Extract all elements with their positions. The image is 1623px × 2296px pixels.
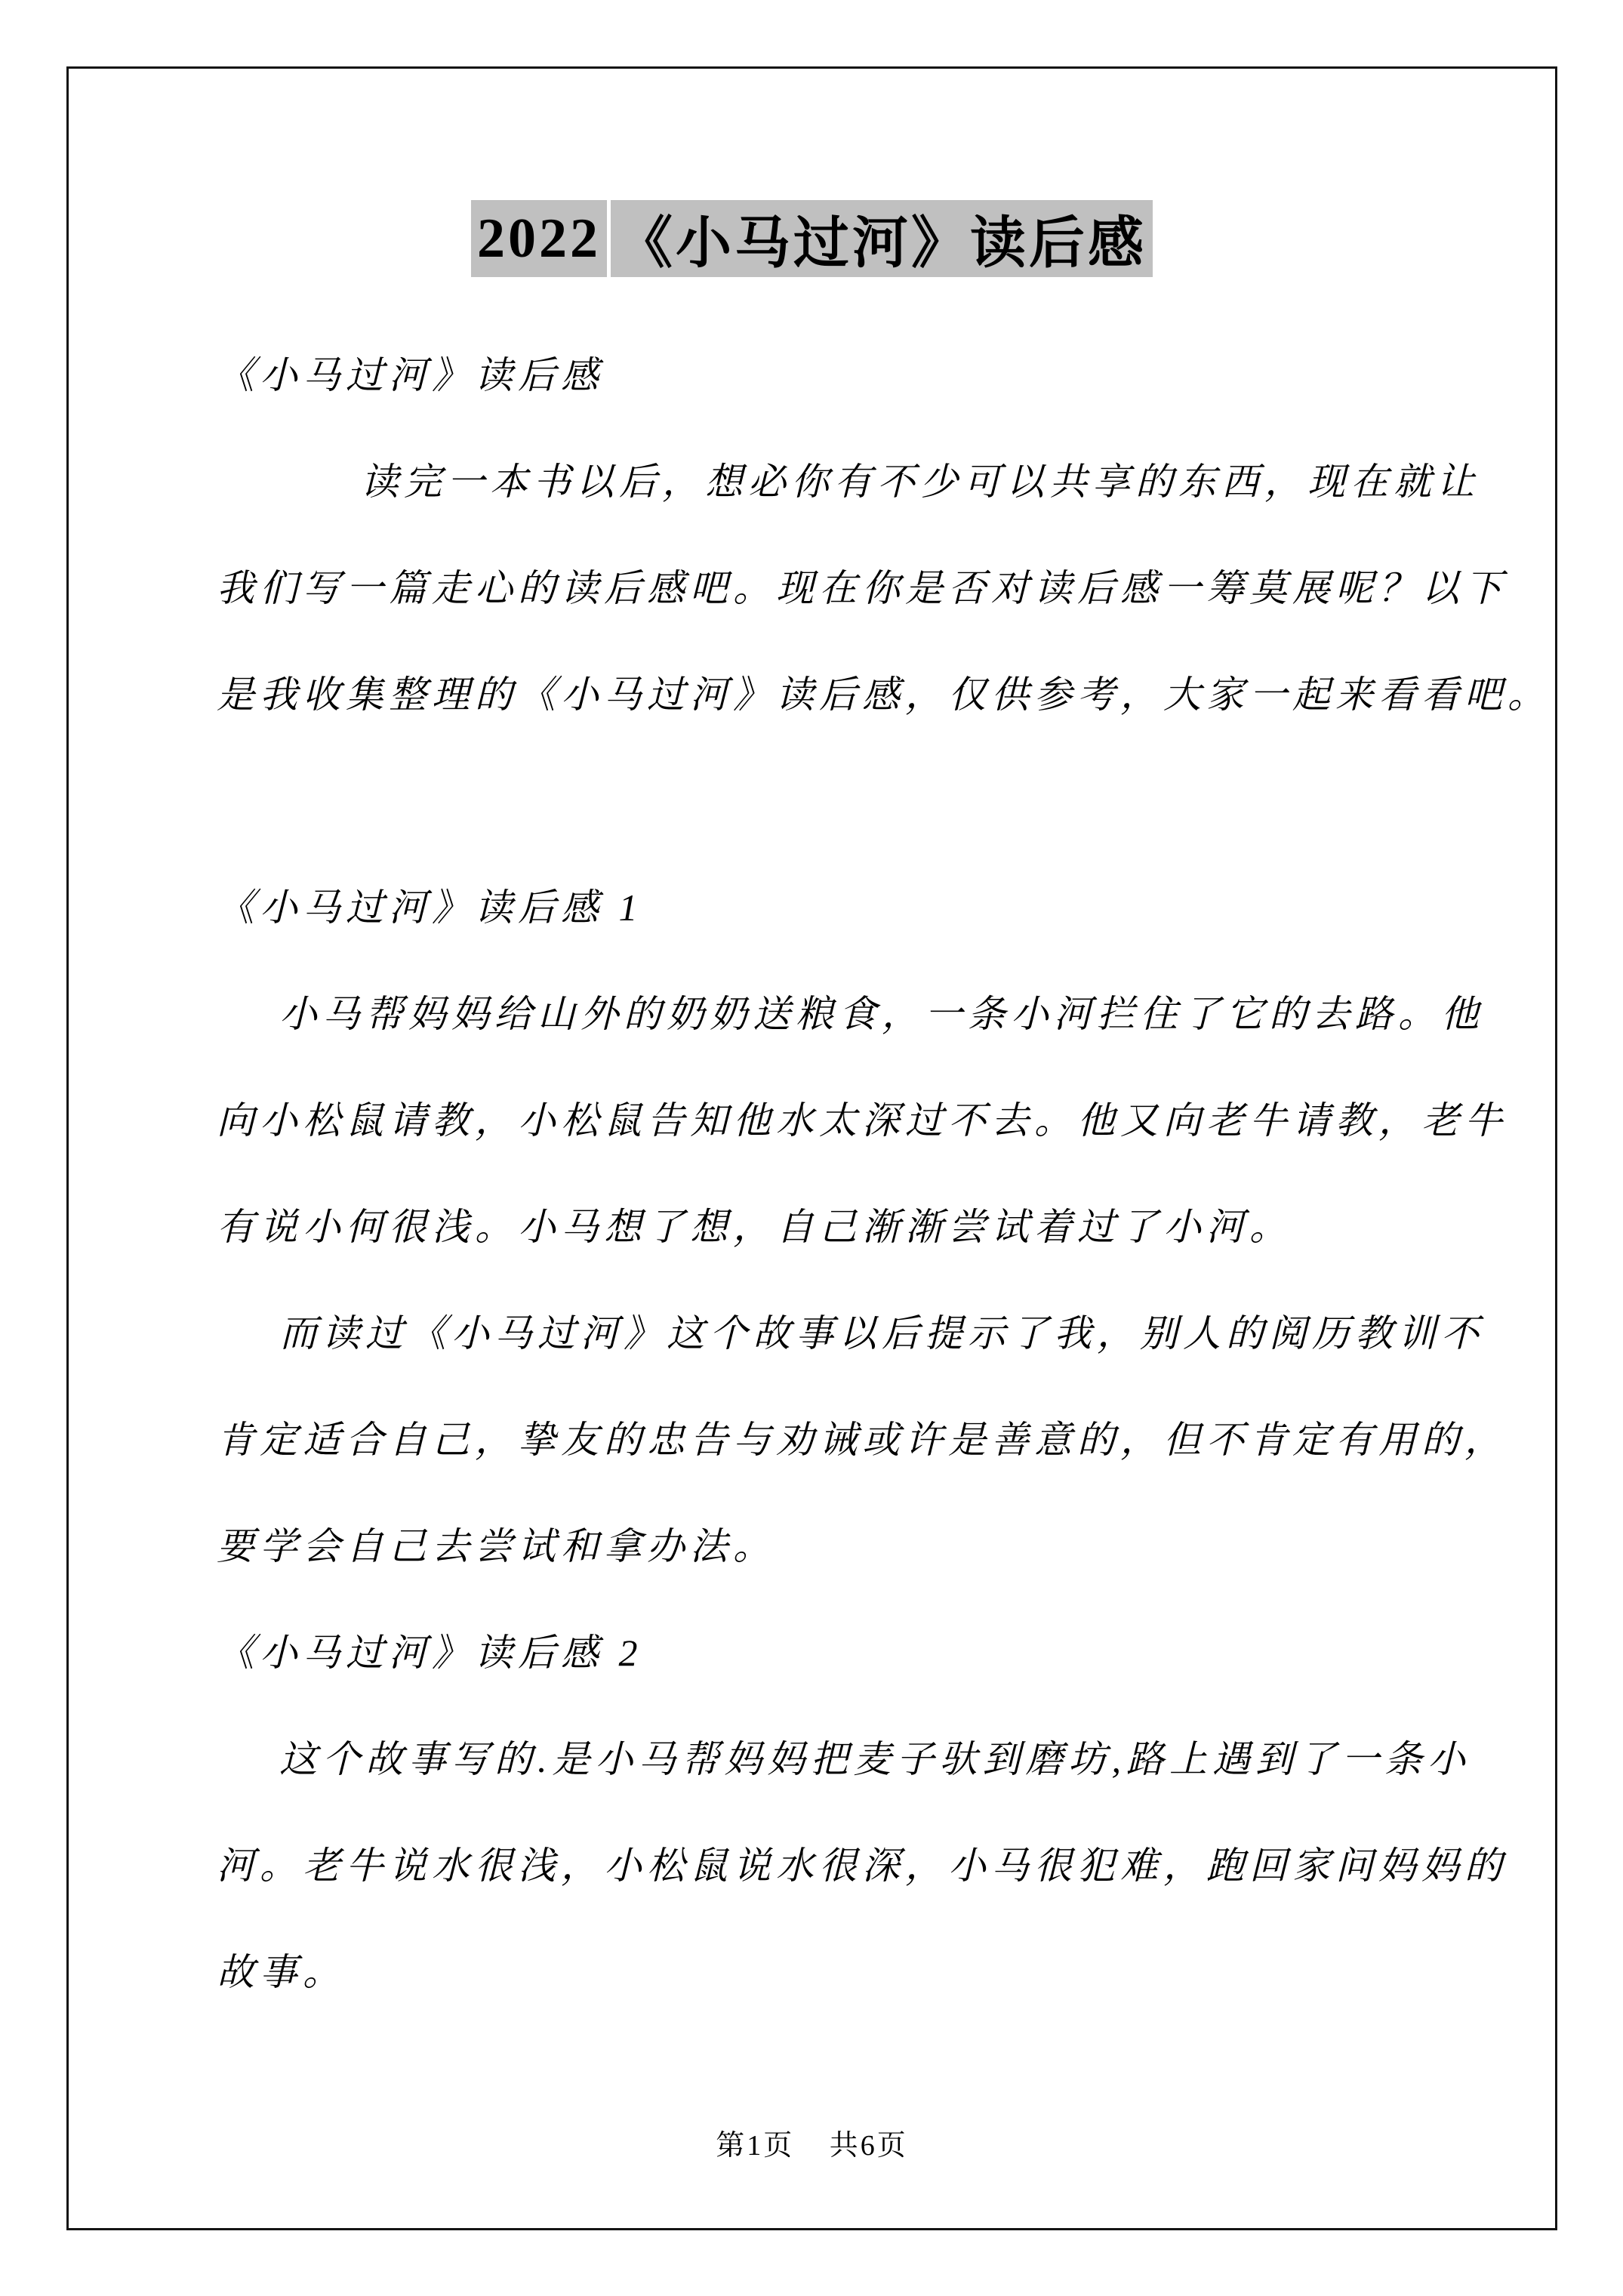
title-highlight-main: 《小马过河》读后感 — [611, 200, 1153, 277]
text-line: 我们写一篇走心的读后感吧。现在你是否对读后感一筹莫展呢？以下 — [217, 535, 1512, 642]
text-line: 有说小何很浅。小马想了想，自己渐渐尝试着过了小河。 — [217, 1174, 1512, 1281]
text-line: 要学会自己去尝试和拿办法。 — [217, 1493, 1512, 1600]
text-line: 向小松鼠请教，小松鼠告知他水太深过不去。他又向老牛请教，老牛 — [217, 1068, 1512, 1174]
text-line: 《小马过河》读后感 — [217, 322, 1512, 429]
text-line: 故事。 — [217, 1919, 1512, 2026]
text-line: 河。老牛说水很浅，小松鼠说水很深，小马很犯难，跑回家问妈妈的 — [217, 1813, 1512, 1919]
blank-line — [217, 748, 1512, 855]
text-line: 肯定适合自己，挚友的忠告与劝诫或许是善意的，但不肯定有用的， — [217, 1387, 1512, 1493]
footer-page-number: 第1页 — [716, 2130, 794, 2162]
page-footer: 第1页 共6页 — [66, 2122, 1557, 2163]
text-line: 是我收集整理的《小马过河》读后感，仅供参考，大家一起来看看吧。 — [217, 642, 1512, 748]
title-highlight-year: 2022 — [471, 200, 607, 277]
document-body: 《小马过河》读后感读完一本书以后，想必你有不少可以共享的东西，现在就让我们写一篇… — [217, 322, 1512, 2026]
footer-total-pages: 共6页 — [830, 2130, 908, 2162]
text-line: 《小马过河》读后感 1 — [217, 855, 1512, 961]
text-line: 小马帮妈妈给山外的奶奶送粮食，一条小河拦住了它的去路。他 — [217, 961, 1512, 1068]
document-title: 2022 《小马过河》读后感 — [66, 200, 1557, 277]
text-line: 而读过《小马过河》这个故事以后提示了我，别人的阅历教训不 — [217, 1281, 1512, 1387]
text-line: 读完一本书以后，想必你有不少可以共享的东西，现在就让 — [217, 429, 1512, 535]
document-page: 2022 《小马过河》读后感 《小马过河》读后感读完一本书以后，想必你有不少可以… — [0, 0, 1623, 2296]
text-line: 《小马过河》读后感 2 — [217, 1600, 1512, 1706]
text-line: 这个故事写的.是小马帮妈妈把麦子驮到磨坊,路上遇到了一条小 — [217, 1706, 1512, 1813]
